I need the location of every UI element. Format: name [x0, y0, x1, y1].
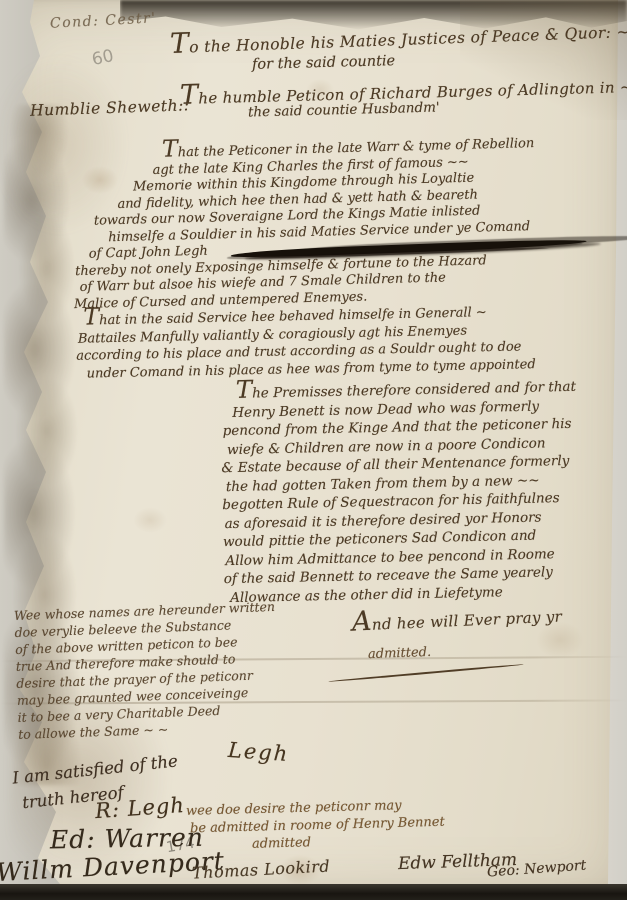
paragraph-3: The Premisses therefore considered and f… — [220, 375, 625, 607]
attestation-block: Wee whose names are hereunder written do… — [14, 595, 359, 743]
text-line-fragment: of Capt John Legh — [89, 244, 208, 262]
clerk-note-line-3: admitted — [252, 835, 311, 852]
admitted-note: admitted. — [368, 645, 432, 662]
manuscript-photo: Cond: Cestr' 60 174 To the Honoble his M… — [0, 0, 627, 900]
legh-monogram-signature: Legh — [227, 738, 290, 766]
paragraph-2: That in the said Service hee behaved him… — [75, 298, 624, 382]
photo-bottom-shadow — [0, 884, 627, 900]
paragraph-1: That the Peticoner in the late Warr & ty… — [70, 130, 622, 313]
